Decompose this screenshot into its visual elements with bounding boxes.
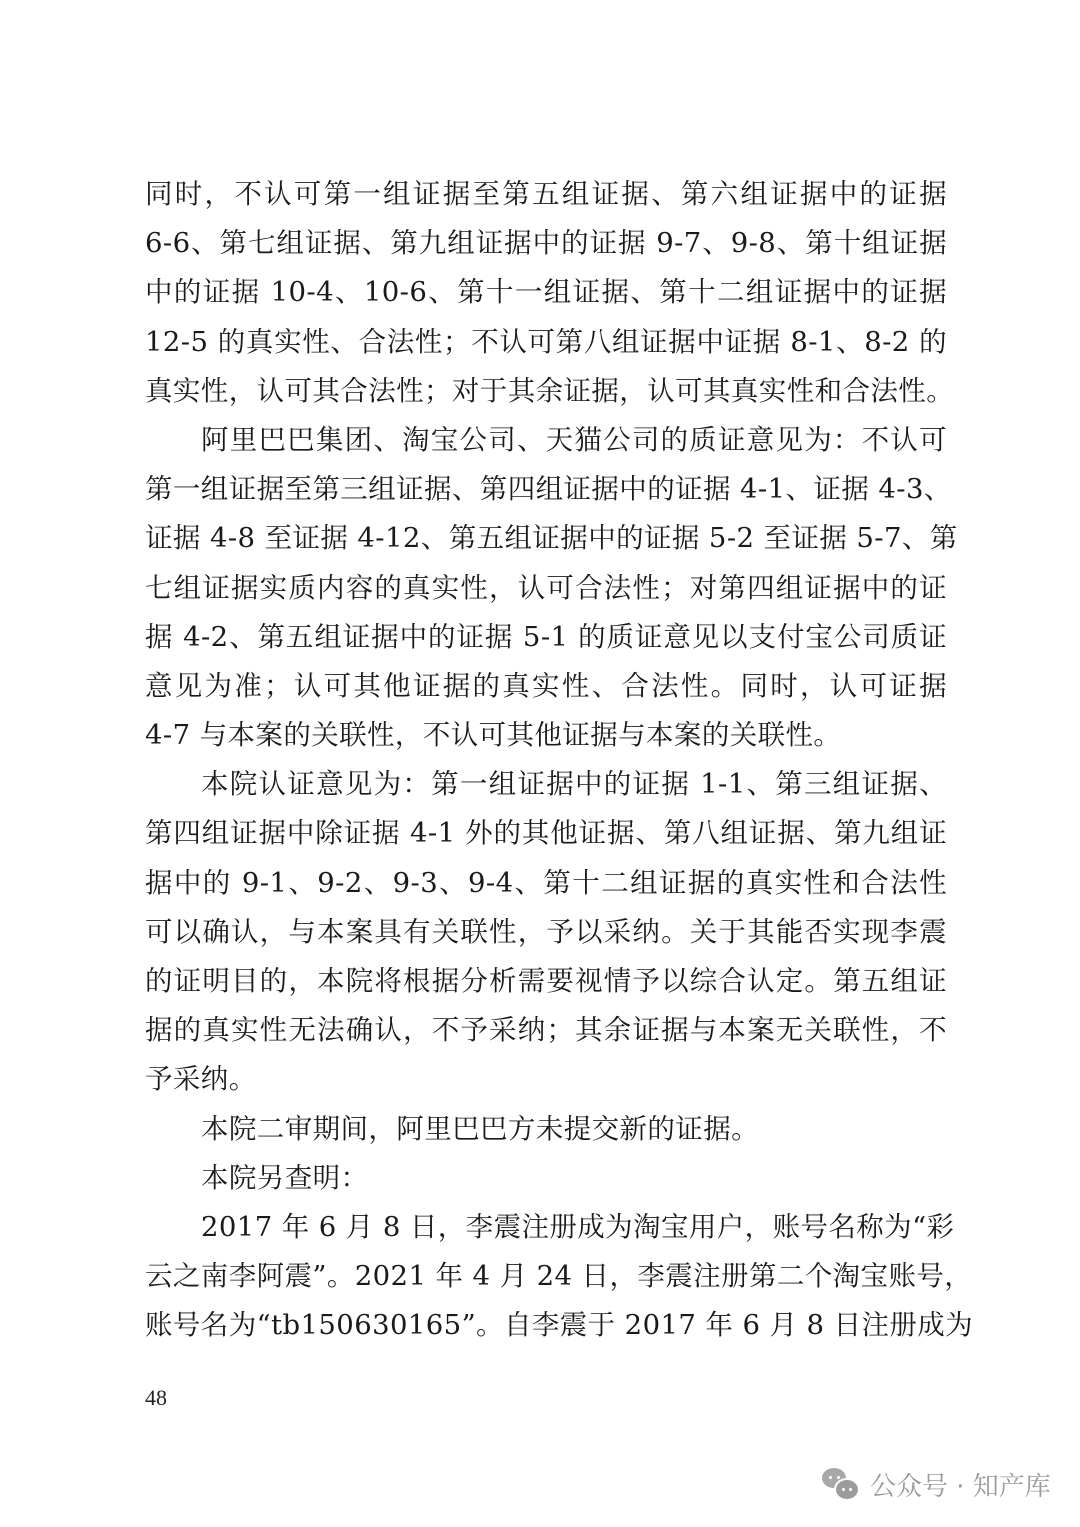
- paragraph-line: 6-6、第七组证据、第九组证据中的证据 9-7、9-8、第十组证据: [145, 219, 947, 268]
- watermark: 公众号 · 知产库: [822, 1464, 1051, 1504]
- paragraph-line: 云之南李阿震”。2021 年 4 月 24 日，李震注册第二个淘宝账号，: [145, 1252, 947, 1301]
- paragraph-line: 据中的 9-1、9-2、9-3、9-4、第十二组证据的真实性和合法性: [145, 859, 947, 908]
- watermark-text: 公众号 · 知产库: [870, 1466, 1051, 1503]
- paragraph-line: 真实性，认可其合法性；对于其余证据，认可其真实性和合法性。: [145, 367, 947, 416]
- paragraph-line: 同时，不认可第一组证据至第五组证据、第六组证据中的证据: [145, 170, 947, 219]
- page-number: 48: [145, 1385, 167, 1411]
- document-page: 同时，不认可第一组证据至第五组证据、第六组证据中的证据6-6、第七组证据、第九组…: [0, 0, 1080, 1527]
- paragraph-line: 本院另查明：: [145, 1154, 947, 1203]
- paragraph-line: 2017 年 6 月 8 日，李震注册成为淘宝用户，账号名称为“彩: [145, 1203, 947, 1252]
- paragraph-line: 据的真实性无法确认，不予采纳；其余证据与本案无关联性，不: [145, 1006, 947, 1055]
- paragraph-line: 第一组证据至第三组证据、第四组证据中的证据 4-1、证据 4-3、: [145, 465, 947, 514]
- paragraph-line: 予采纳。: [145, 1055, 947, 1104]
- paragraph-line: 中的证据 10-4、10-6、第十一组证据、第十二组证据中的证据: [145, 268, 947, 317]
- paragraph-line: 证据 4-8 至证据 4-12、第五组证据中的证据 5-2 至证据 5-7、第: [145, 514, 947, 563]
- paragraph-line: 阿里巴巴集团、淘宝公司、天猫公司的质证意见为：不认可: [145, 416, 947, 465]
- paragraph-line: 据 4-2、第五组证据中的证据 5-1 的质证意见以支付宝公司质证: [145, 613, 947, 662]
- paragraph-line: 第四组证据中除证据 4-1 外的其他证据、第八组证据、第九组证: [145, 809, 947, 858]
- paragraph-line: 本院二审期间，阿里巴巴方未提交新的证据。: [145, 1105, 947, 1154]
- paragraph-line: 4-7 与本案的关联性，不认可其他证据与本案的关联性。: [145, 711, 947, 760]
- wechat-icon: [822, 1466, 862, 1502]
- paragraph-line: 12-5 的真实性、合法性；不认可第八组证据中证据 8-1、8-2 的: [145, 318, 947, 367]
- paragraph-line: 意见为准；认可其他证据的真实性、合法性。同时，认可证据: [145, 662, 947, 711]
- paragraph-line: 账号名为“tb150630165”。自李震于 2017 年 6 月 8 日注册成…: [145, 1301, 947, 1350]
- paragraph-line: 本院认证意见为：第一组证据中的证据 1-1、第三组证据、: [145, 760, 947, 809]
- document-body: 同时，不认可第一组证据至第五组证据、第六组证据中的证据6-6、第七组证据、第九组…: [145, 170, 947, 1351]
- paragraph-line: 的证明目的，本院将根据分析需要视情予以综合认定。第五组证: [145, 957, 947, 1006]
- paragraph-line: 可以确认，与本案具有关联性，予以采纳。关于其能否实现李震: [145, 908, 947, 957]
- paragraph-line: 七组证据实质内容的真实性，认可合法性；对第四组证据中的证: [145, 564, 947, 613]
